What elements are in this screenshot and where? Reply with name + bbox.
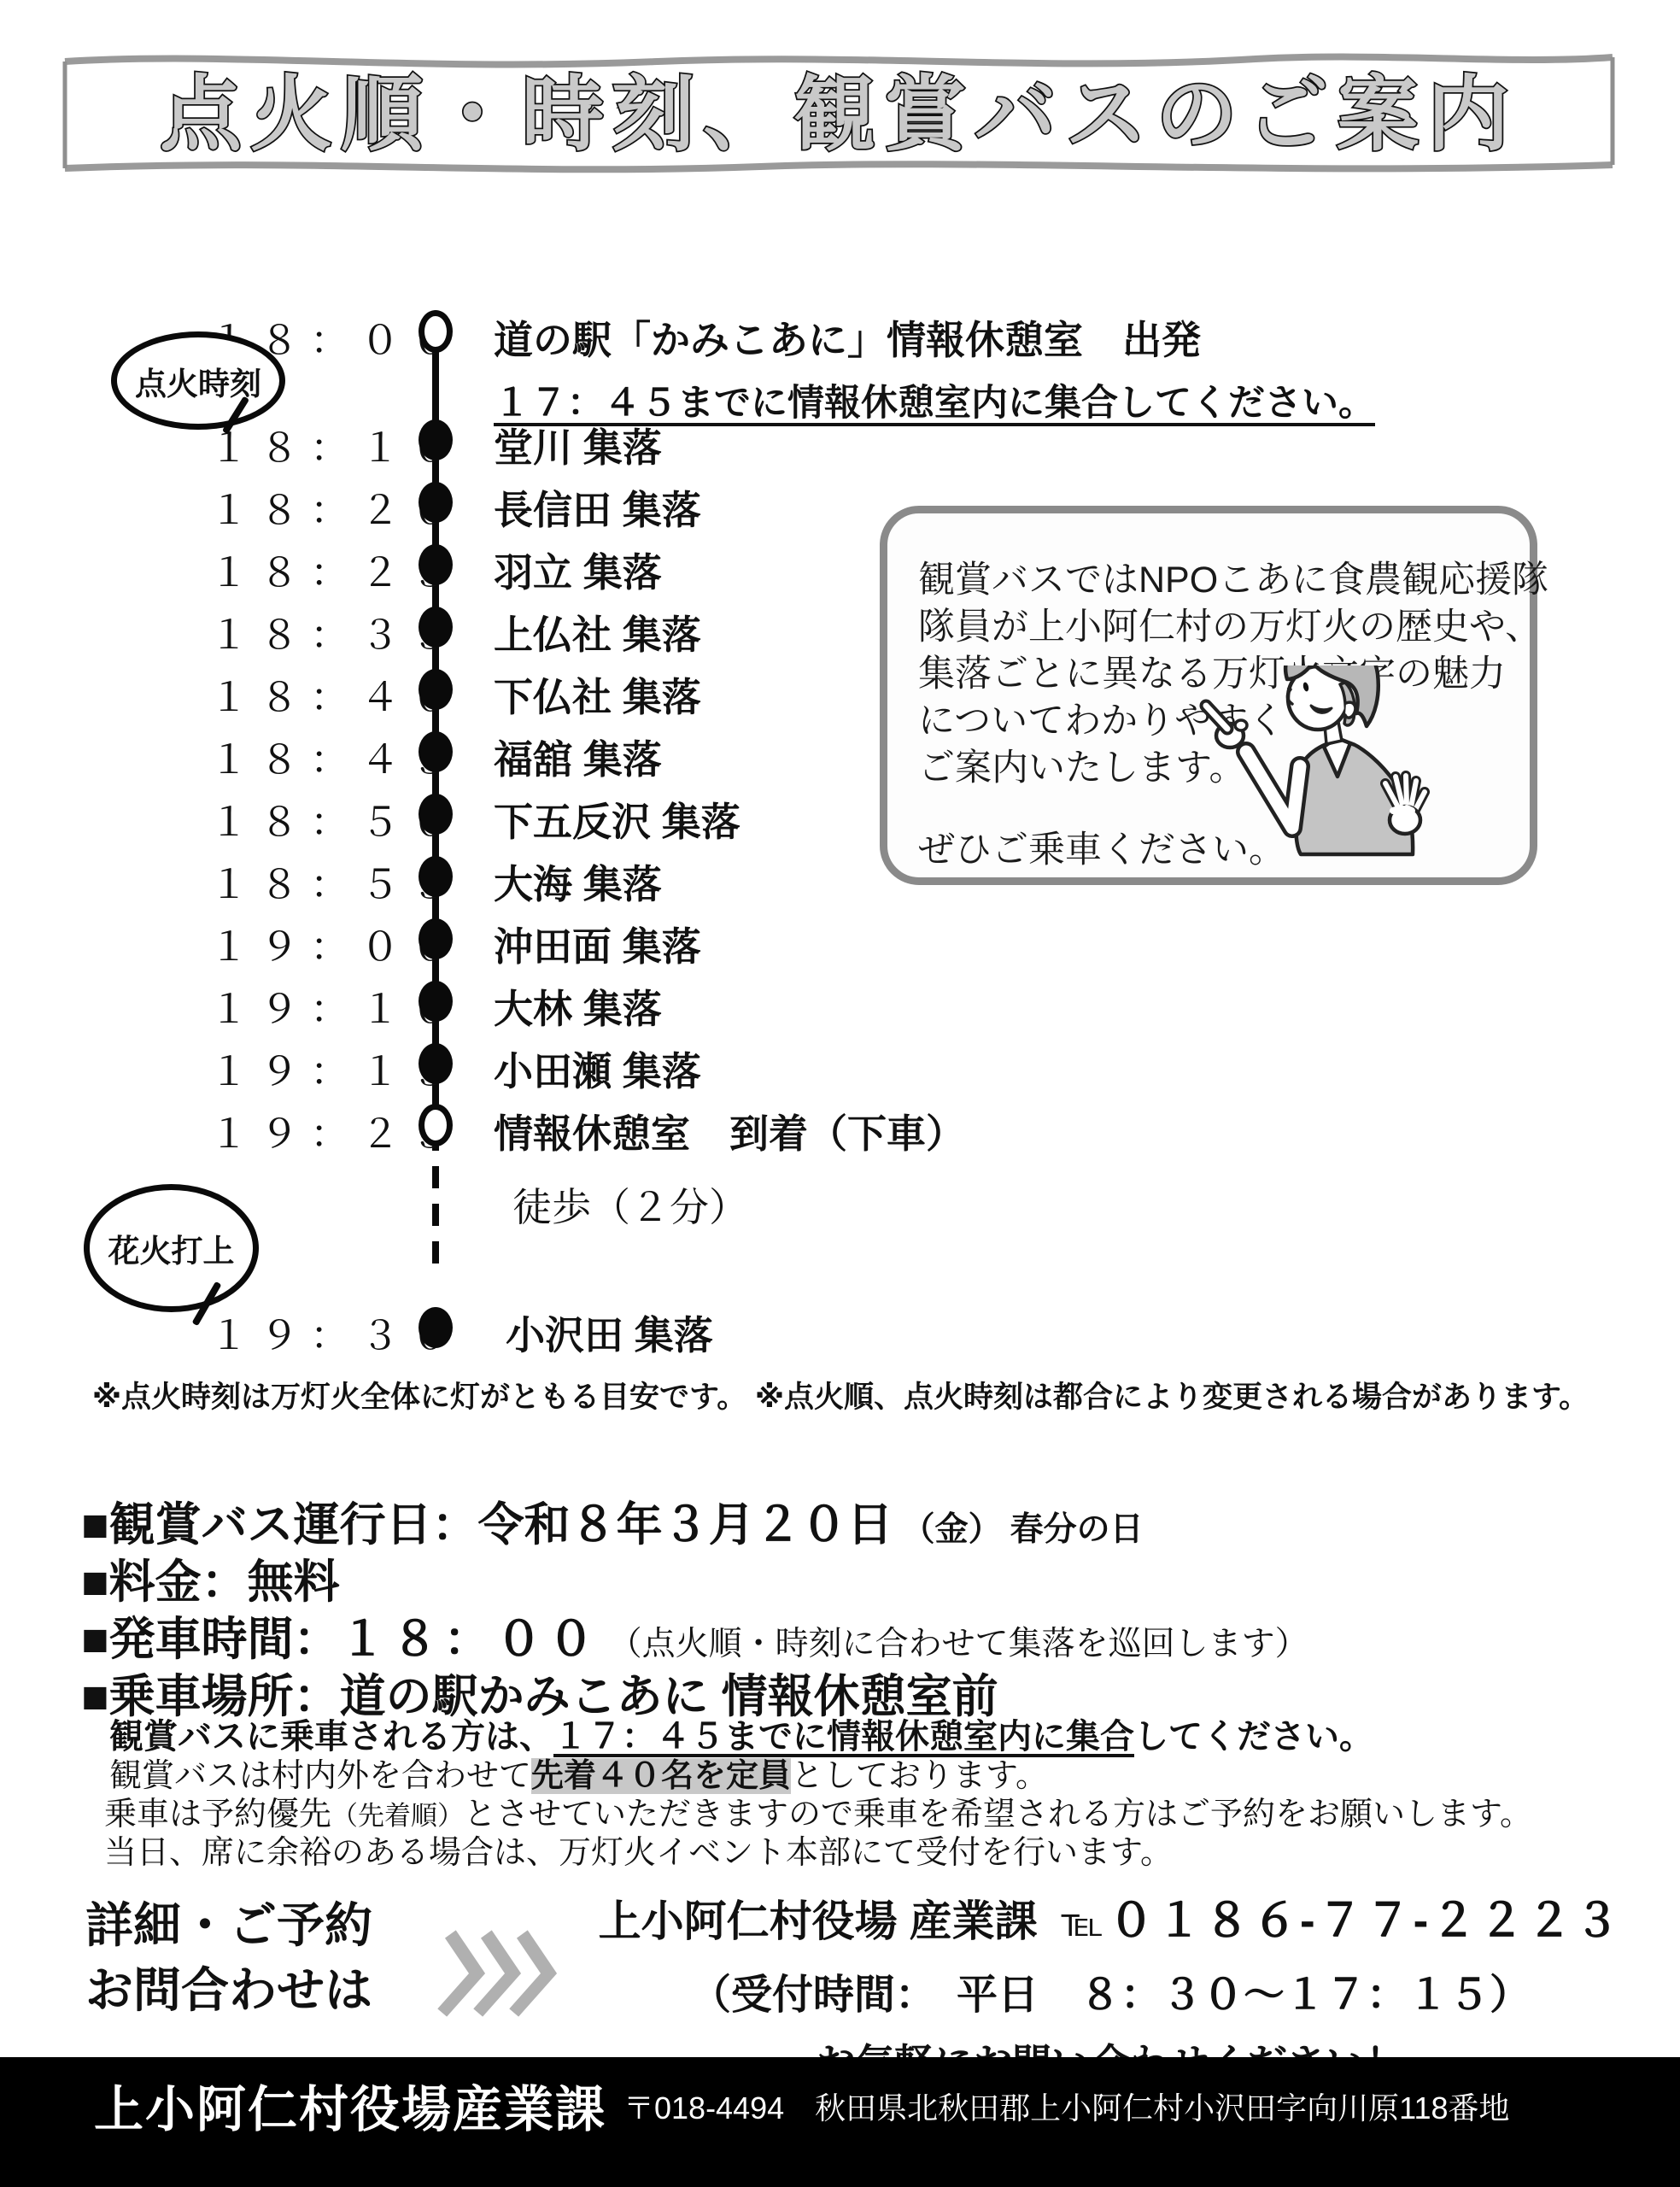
contact-hours: （受付時間： 平日 ８：３０～１７：１５） bbox=[589, 1961, 1631, 2020]
bubble-text: 隊員が上小阿仁村の万灯火の歴史や、 bbox=[918, 598, 1542, 650]
page-title: 点火順・時刻、観賞バスのご案内 bbox=[60, 48, 1618, 178]
stop-marker-filled-icon bbox=[419, 482, 453, 523]
stop-label: 沖田面 集落 bbox=[494, 916, 701, 972]
timeline-row: １８：１０ 堂川 集落 bbox=[0, 417, 1680, 465]
phone-number: ０１８６-７７-２２２３ bbox=[1109, 1896, 1622, 1946]
timeline-row: １９：１０ 大林 集落 bbox=[0, 978, 1680, 1026]
stop-marker-filled-icon bbox=[419, 731, 453, 772]
bullet-operating-date: ■観賞バス運行日：令和８年３月２０日（金）春分の日 bbox=[81, 1488, 1144, 1554]
footer-address: 〒018-4494 秋田県北秋田郡上小阿仁村小沢田字向川原118番地 bbox=[623, 2084, 1510, 2128]
note-same-day: 当日、席に余裕のある場合は、万灯火イベント本部にて受付を行います。 bbox=[104, 1826, 1173, 1873]
stop-label: 大林 集落 bbox=[494, 978, 662, 1035]
stop-marker-filled-icon bbox=[419, 669, 453, 710]
timeline-row-walk: 徒歩（２分） bbox=[0, 1176, 1680, 1224]
stop-marker-filled-icon bbox=[419, 856, 453, 897]
timeline-row: １９：３０ 小沢田 集落 bbox=[0, 1305, 1680, 1352]
operating-date-holiday: 春分の日 bbox=[1010, 1511, 1144, 1548]
stop-label: 福舘 集落 bbox=[494, 729, 662, 785]
bullet-departure: ■発車時間：１８：００（点火順・時刻に合わせて集落を巡回します） bbox=[81, 1603, 1308, 1668]
contact-phone-line: 上小阿仁村役場 産業課℡０１８６-７７-２２２３ bbox=[589, 1885, 1631, 1950]
stop-label: 下仏社 集落 bbox=[494, 666, 701, 723]
note-meeting-suffix: してください。 bbox=[1134, 1718, 1373, 1756]
guide-person-illustration bbox=[1186, 665, 1545, 886]
footer-office: 上小阿仁村役場産業課 bbox=[94, 2069, 606, 2141]
stop-label: 道の駅「かみこあに」情報休憩室 出発 bbox=[494, 309, 1201, 366]
title-banner: 点火順・時刻、観賞バスのご案内 bbox=[60, 48, 1618, 178]
stop-marker-filled-icon bbox=[419, 1043, 453, 1084]
stop-label: 下五反沢 集落 bbox=[494, 791, 740, 847]
timeline-row: １９：２５ 情報休憩室 到着（下車） bbox=[0, 1103, 1680, 1151]
guide-speech-bubble: 観賞バスではNPOこあに食農観応援隊 隊員が上小阿仁村の万灯火の歴史や、 集落ご… bbox=[880, 506, 1537, 885]
fare-label: ■料金：無料 bbox=[81, 1557, 340, 1608]
stop-marker-filled-icon bbox=[419, 981, 453, 1022]
bubble-text: 観賞バスではNPOこあに食農観応援隊 bbox=[918, 551, 1548, 603]
operating-date-label: ■観賞バス運行日：令和８年３月２０日 bbox=[81, 1499, 893, 1551]
departure-note: （点火順・時刻に合わせて集落を巡回します） bbox=[609, 1626, 1308, 1662]
triple-chevron-icon bbox=[437, 1929, 582, 2018]
stop-marker-filled-icon bbox=[419, 794, 453, 835]
tel-icon: ℡ bbox=[1062, 1900, 1103, 1944]
stop-label: 小沢田 集落 bbox=[506, 1305, 713, 1361]
walk-label: 徒歩（２分） bbox=[512, 1176, 748, 1233]
contact-lead-line1: 詳細・ご予約 bbox=[85, 1893, 372, 1958]
bullet-fare: ■料金：無料 bbox=[81, 1545, 340, 1611]
departure-label: ■発車時間： bbox=[81, 1614, 340, 1665]
timeline-footnote: ※点火時刻は万灯火全体に灯がともる目安です。 ※点火順、点火時刻は都合により変更… bbox=[92, 1374, 1589, 1416]
stop-marker-filled-icon bbox=[419, 544, 453, 585]
fireworks-label: 花火打上 bbox=[108, 1225, 235, 1271]
stop-marker-filled-icon bbox=[419, 1307, 453, 1348]
operating-date-weekday: （金） bbox=[902, 1511, 1002, 1548]
ignition-time-callout: 点火時刻 bbox=[111, 331, 285, 430]
stop-label: 長信田 集落 bbox=[494, 479, 701, 536]
contact-lead-line2: お問合わせは bbox=[85, 1958, 372, 2023]
flyer-page: 点火順・時刻、観賞バスのご案内 １８：００ 道の駅「かみこあに」情報休憩室 出発… bbox=[0, 0, 1680, 2187]
timeline-row: １９：００ 沖田面 集落 bbox=[0, 916, 1680, 964]
stop-label: 小田瀬 集落 bbox=[494, 1041, 701, 1097]
stop-marker-open-icon bbox=[419, 1104, 453, 1146]
stop-label: 羽立 集落 bbox=[494, 542, 662, 598]
office-name: 上小阿仁村役場 産業課 bbox=[599, 1897, 1038, 1945]
stop-label: 堂川 集落 bbox=[494, 417, 662, 473]
stop-marker-filled-icon bbox=[419, 607, 453, 648]
stop-label: 上仏社 集落 bbox=[494, 604, 701, 660]
contact-lead: 詳細・ご予約 お問合わせは bbox=[85, 1893, 372, 2023]
footer-bar: 上小阿仁村役場産業課 〒018-4494 秋田県北秋田郡上小阿仁村小沢田字向川原… bbox=[0, 2057, 1680, 2187]
timeline-row: １９：１５ 小田瀬 集落 bbox=[0, 1041, 1680, 1088]
stop-label: 情報休憩室 到着（下車） bbox=[494, 1103, 965, 1159]
stop-marker-open-icon bbox=[419, 310, 453, 353]
stop-marker-filled-icon bbox=[419, 419, 453, 460]
fireworks-callout: 花火打上 bbox=[84, 1184, 259, 1312]
departure-time: １８：００ bbox=[340, 1614, 600, 1665]
stop-label: 大海 集落 bbox=[494, 853, 662, 910]
stop-marker-filled-icon bbox=[419, 918, 453, 959]
